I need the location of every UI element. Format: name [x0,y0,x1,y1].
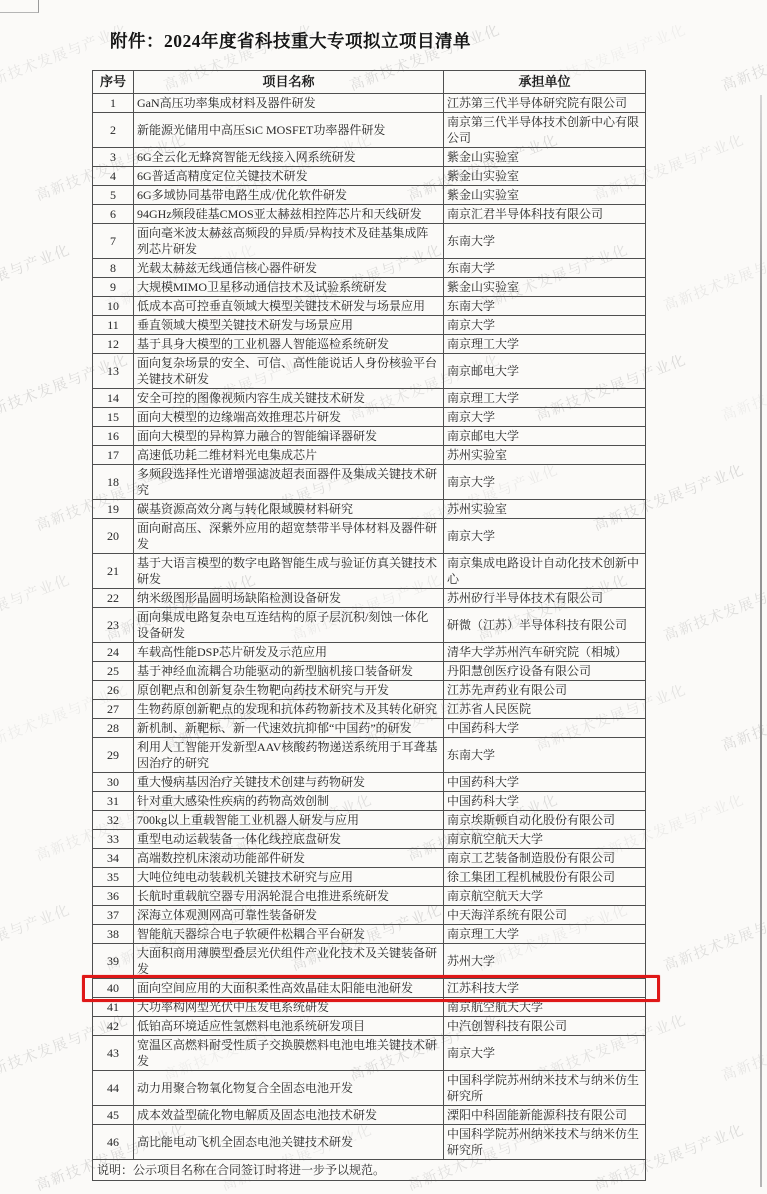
table-row: 9大规模MIMO卫星移动通信技术及试验系统研发紫金山实验室 [93,278,646,297]
project-name: 利用人工智能开发新型AAV核酸药物递送系统用于耳聋基因治疗的研究 [134,738,444,773]
row-number: 45 [93,1106,134,1125]
undertaking-unit: 苏州矽行半导体技术有限公司 [444,589,646,608]
table-row: 31针对重大感染性疾病的药物高效创制中国药科大学 [93,792,646,811]
row-number: 17 [93,446,134,465]
row-number: 40 [93,979,134,998]
project-name: 基于神经血流耦合功能驱动的新型脑机接口装备研发 [134,662,444,681]
note-text: 说明：公示项目名称在合同签订时将进一步予以规范。 [93,1160,646,1181]
table-row: 25基于神经血流耦合功能驱动的新型脑机接口装备研发丹阳慧创医疗设备有限公司 [93,662,646,681]
row-number: 12 [93,335,134,354]
table-row: 1GaN高压功率集成材料及器件研发江苏第三代半导体研究院有限公司 [93,94,646,113]
row-number: 37 [93,906,134,925]
project-name: 大吨位纯电动装载机关键技术研究与应用 [134,868,444,887]
row-number: 10 [93,297,134,316]
project-name: 重大慢病基因治疗关键技术创建与药物研发 [134,773,444,792]
undertaking-unit: 南京理工大学 [444,389,646,408]
row-number: 3 [93,148,134,167]
undertaking-unit: 丹阳慧创医疗设备有限公司 [444,662,646,681]
table-row: 36G全云化无蜂窝智能无线接入网系统研发紫金山实验室 [93,148,646,167]
undertaking-unit: 江苏第三代半导体研究院有限公司 [444,94,646,113]
project-name: 重型电动运载装备一体化线控底盘研发 [134,830,444,849]
table-body: 1GaN高压功率集成材料及器件研发江苏第三代半导体研究院有限公司2新能源光储用中… [93,94,646,1181]
page-edge-line [760,95,762,1187]
row-number: 35 [93,868,134,887]
undertaking-unit: 紫金山实验室 [444,167,646,186]
undertaking-unit: 南京工艺装备制造股份有限公司 [444,849,646,868]
table-row: 29利用人工智能开发新型AAV核酸药物递送系统用于耳聋基因治疗的研究东南大学 [93,738,646,773]
undertaking-unit: 南京埃斯顿自动化股份有限公司 [444,811,646,830]
corner-mark [0,0,39,13]
row-number: 15 [93,408,134,427]
table-row: 40面向空间应用的大面积柔性高效晶硅太阳能电池研发江苏科技大学 [93,979,646,998]
project-name: 6G全云化无蜂窝智能无线接入网系统研发 [134,148,444,167]
project-name: 基于大语言模型的数字电路智能生成与验证仿真关键技术研发 [134,554,444,589]
undertaking-unit: 南京第三代半导体技术创新中心有限公司 [444,113,646,148]
project-name: 原创靶点和创新复杂生物靶向药技术研究与开发 [134,681,444,700]
project-name: 面向大模型的边缘端高效推理芯片研发 [134,408,444,427]
undertaking-unit: 南京航空航天大学 [444,998,646,1017]
project-name: 高速低功耗二维材料光电集成芯片 [134,446,444,465]
watermark-text: 高新技术发展与产业化 [0,238,73,315]
row-number: 16 [93,427,134,446]
page-title: 附件：2024年度省科技重大专项拟立项目清单 [110,28,471,53]
undertaking-unit: 中国科学院苏州纳米技术与纳米仿生研究所 [444,1125,646,1160]
project-name: 安全可控的图像视频内容生成关键技术研发 [134,389,444,408]
project-name: 针对重大感染性疾病的药物高效创制 [134,792,444,811]
table-row: 12基于具身大模型的工业机器人智能巡检系统研发南京理工大学 [93,335,646,354]
undertaking-unit: 南京汇君半导体科技有限公司 [444,205,646,224]
table-row: 26原创靶点和创新复杂生物靶向药技术研究与开发江苏先声药业有限公司 [93,681,646,700]
project-name: 动力用聚合物氧化物复合全固态电池开发 [134,1071,444,1106]
table-row: 34高端数控机床滚动功能部件研发南京工艺装备制造股份有限公司 [93,849,646,868]
project-name: 新机制、新靶标、新一代速效抗抑郁“中国药”的研发 [134,719,444,738]
table-row: 46G普适高精度定位关键技术研发紫金山实验室 [93,167,646,186]
row-number: 23 [93,608,134,643]
table-row: 30重大慢病基因治疗关键技术创建与药物研发中国药科大学 [93,773,646,792]
row-number: 1 [93,94,134,113]
project-name: 高比能电动飞机全固态电池关键技术研发 [134,1125,444,1160]
undertaking-unit: 东南大学 [444,259,646,278]
row-number: 36 [93,887,134,906]
undertaking-unit: 江苏省人民医院 [444,700,646,719]
project-name: 面向毫米波太赫兹高频段的异质/异构技术及硅基集成阵列芯片研发 [134,224,444,259]
table-row: 35大吨位纯电动装载机关键技术研究与应用徐工集团工程机械股份有限公司 [93,868,646,887]
table-row: 13面向复杂场景的安全、可信、高性能说话人身份核验平台关键技术研发南京邮电大学 [93,354,646,389]
undertaking-unit: 研微（江苏）半导体科技有限公司 [444,608,646,643]
watermark-text: 高新技术发展与产业化 [718,18,767,95]
undertaking-unit: 南京理工大学 [444,335,646,354]
table-row: 20面向耐高压、深紫外应用的超宽禁带半导体材料及器件研发南京大学 [93,519,646,554]
row-number: 6 [93,205,134,224]
project-name: 光载太赫兹无线通信核心器件研发 [134,259,444,278]
row-number: 20 [93,519,134,554]
row-number: 41 [93,998,134,1017]
table-row: 14安全可控的图像视频内容生成关键技术研发南京理工大学 [93,389,646,408]
row-number: 33 [93,830,134,849]
row-number: 4 [93,167,134,186]
project-name: 94GHz频段硅基CMOS亚太赫兹相控阵芯片和天线研发 [134,205,444,224]
undertaking-unit: 南京大学 [444,1036,646,1071]
project-name: 6G多域协同基带电路生成/优化软件研发 [134,186,444,205]
table-row: 46高比能电动飞机全固态电池关键技术研发中国科学院苏州纳米技术与纳米仿生研究所 [93,1125,646,1160]
row-number: 27 [93,700,134,719]
undertaking-unit: 中国科学院苏州纳米技术与纳米仿生研究所 [444,1071,646,1106]
table-row: 7面向毫米波太赫兹高频段的异质/异构技术及硅基集成阵列芯片研发东南大学 [93,224,646,259]
undertaking-unit: 南京集成电路设计自动化技术创新中心 [444,554,646,589]
project-name: 面向复杂场景的安全、可信、高性能说话人身份核验平台关键技术研发 [134,354,444,389]
table-row: 37深海立体观测网高可靠性装备研发中天海洋系统有限公司 [93,906,646,925]
projects-table: 序号 项目名称 承担单位 1GaN高压功率集成材料及器件研发江苏第三代半导体研究… [92,70,646,1181]
undertaking-unit: 东南大学 [444,738,646,773]
watermark-text: 高新技术发展与产业化 [660,238,767,315]
undertaking-unit: 徐工集团工程机械股份有限公司 [444,868,646,887]
row-number: 30 [93,773,134,792]
row-number: 25 [93,662,134,681]
undertaking-unit: 紫金山实验室 [444,278,646,297]
table-row: 43宽温区高燃料耐受性质子交换膜燃料电池电堆关键技术研发南京大学 [93,1036,646,1071]
table-row: 17高速低功耗二维材料光电集成芯片苏州实验室 [93,446,646,465]
undertaking-unit: 苏州大学 [444,944,646,979]
row-number: 46 [93,1125,134,1160]
row-number: 18 [93,465,134,500]
row-number: 26 [93,681,134,700]
table-row: 45成本效益型硫化物电解质及固态电池技术研发溧阳中科固能新能源科技有限公司 [93,1106,646,1125]
undertaking-unit: 南京大学 [444,519,646,554]
row-number: 14 [93,389,134,408]
project-name: 生物药原创新靶点的发现和抗体药物新技术及其转化研究 [134,700,444,719]
row-number: 5 [93,186,134,205]
table-row: 15面向大模型的边缘端高效推理芯片研发南京大学 [93,408,646,427]
project-name: 碳基资源高效分离与转化限域膜材料研究 [134,500,444,519]
project-name: 面向空间应用的大面积柔性高效晶硅太阳能电池研发 [134,979,444,998]
row-number: 44 [93,1071,134,1106]
project-name: 长航时重载航空器专用涡轮混合电推进系统研发 [134,887,444,906]
undertaking-unit: 紫金山实验室 [444,186,646,205]
table-row: 38智能航天器综合电子软硬件松耦合平台研发南京理工大学 [93,925,646,944]
table-row: 32700kg以上重载智能工业机器人研发与应用南京埃斯顿自动化股份有限公司 [93,811,646,830]
table-row: 24车载高性能DSP芯片研发及示范应用清华大学苏州汽车研究院（相城） [93,643,646,662]
table-row: 8光载太赫兹无线通信核心器件研发东南大学 [93,259,646,278]
undertaking-unit: 江苏科技大学 [444,979,646,998]
project-name: 高端数控机床滚动功能部件研发 [134,849,444,868]
undertaking-unit: 溧阳中科固能新能源科技有限公司 [444,1106,646,1125]
table-row: 23面向集成电路复杂电互连结构的原子层沉积/刻蚀一体化设备研发研微（江苏）半导体… [93,608,646,643]
project-name: 纳米级图形晶圆明场缺陷检测设备研发 [134,589,444,608]
header-project-name: 项目名称 [134,71,444,94]
project-name: 基于具身大模型的工业机器人智能巡检系统研发 [134,335,444,354]
undertaking-unit: 中天海洋系统有限公司 [444,906,646,925]
table-row: 42低铂高环境适应性氢燃料电池系统研发项目中汽创智科技有限公司 [93,1017,646,1036]
table-row: 2新能源光储用中高压SiC MOSFET功率器件研发南京第三代半导体技术创新中心… [93,113,646,148]
header-unit: 承担单位 [444,71,646,94]
note-row: 说明：公示项目名称在合同签订时将进一步予以规范。 [93,1160,646,1181]
row-number: 24 [93,643,134,662]
undertaking-unit: 清华大学苏州汽车研究院（相城） [444,643,646,662]
header-no: 序号 [93,71,134,94]
row-number: 11 [93,316,134,335]
row-number: 21 [93,554,134,589]
project-name: GaN高压功率集成材料及器件研发 [134,94,444,113]
project-name: 多频段选择性光谱增强滤波超表面器件及集成关键技术研究 [134,465,444,500]
undertaking-unit: 东南大学 [444,297,646,316]
undertaking-unit: 南京邮电大学 [444,354,646,389]
watermark-text: 高新技术发展与产业化 [660,568,767,645]
watermark-text: 高新技术发展与产业化 [0,568,73,645]
row-number: 28 [93,719,134,738]
table-row: 33重型电动运载装备一体化线控底盘研发南京航空航天大学 [93,830,646,849]
table-row: 21基于大语言模型的数字电路智能生成与验证仿真关键技术研发南京集成电路设计自动化… [93,554,646,589]
project-name: 大面积商用薄膜型叠层光伏组件产业化技术及关键装备研发 [134,944,444,979]
undertaking-unit: 南京理工大学 [444,925,646,944]
project-name: 6G普适高精度定位关键技术研发 [134,167,444,186]
table-row: 11垂直领域大模型关键技术研发与场景应用南京大学 [93,316,646,335]
row-number: 32 [93,811,134,830]
table-row: 694GHz频段硅基CMOS亚太赫兹相控阵芯片和天线研发南京汇君半导体科技有限公… [93,205,646,224]
row-number: 7 [93,224,134,259]
project-name: 垂直领域大模型关键技术研发与场景应用 [134,316,444,335]
undertaking-unit: 紫金山实验室 [444,148,646,167]
row-number: 22 [93,589,134,608]
row-number: 29 [93,738,134,773]
row-number: 34 [93,849,134,868]
project-name: 低铂高环境适应性氢燃料电池系统研发项目 [134,1017,444,1036]
table-row: 27生物药原创新靶点的发现和抗体药物新技术及其转化研究江苏省人民医院 [93,700,646,719]
table-row: 41大功率构网型光伏中压发电系统研发南京航空航天大学 [93,998,646,1017]
undertaking-unit: 南京航空航天大学 [444,830,646,849]
row-number: 43 [93,1036,134,1071]
undertaking-unit: 南京大学 [444,465,646,500]
row-number: 38 [93,925,134,944]
table-row: 22纳米级图形晶圆明场缺陷检测设备研发苏州矽行半导体技术有限公司 [93,589,646,608]
table-row: 16面向大模型的异构算力融合的智能编译器研发南京邮电大学 [93,427,646,446]
undertaking-unit: 东南大学 [444,224,646,259]
table-row: 56G多域协同基带电路生成/优化软件研发紫金山实验室 [93,186,646,205]
row-number: 39 [93,944,134,979]
project-name: 宽温区高燃料耐受性质子交换膜燃料电池电堆关键技术研发 [134,1036,444,1071]
row-number: 9 [93,278,134,297]
undertaking-unit: 中国药科大学 [444,792,646,811]
row-number: 42 [93,1017,134,1036]
undertaking-unit: 南京大学 [444,408,646,427]
project-name: 大功率构网型光伏中压发电系统研发 [134,998,444,1017]
project-name: 大规模MIMO卫星移动通信技术及试验系统研发 [134,278,444,297]
table-row: 44动力用聚合物氧化物复合全固态电池开发中国科学院苏州纳米技术与纳米仿生研究所 [93,1071,646,1106]
project-name: 智能航天器综合电子软硬件松耦合平台研发 [134,925,444,944]
project-name: 新能源光储用中高压SiC MOSFET功率器件研发 [134,113,444,148]
project-name: 低成本高可控垂直领域大模型关键技术研发与场景应用 [134,297,444,316]
project-name: 面向大模型的异构算力融合的智能编译器研发 [134,427,444,446]
table-row: 28新机制、新靶标、新一代速效抗抑郁“中国药”的研发中国药科大学 [93,719,646,738]
row-number: 19 [93,500,134,519]
row-number: 13 [93,354,134,389]
row-number: 8 [93,259,134,278]
undertaking-unit: 中国药科大学 [444,719,646,738]
undertaking-unit: 南京邮电大学 [444,427,646,446]
watermark-text: 高新技术发展与产业化 [660,898,767,975]
table-row: 19碳基资源高效分离与转化限域膜材料研究苏州实验室 [93,500,646,519]
row-number: 31 [93,792,134,811]
table-row: 18多频段选择性光谱增强滤波超表面器件及集成关键技术研究南京大学 [93,465,646,500]
row-number: 2 [93,113,134,148]
watermark-text: 高新技术发展与产业化 [0,898,73,975]
project-name: 深海立体观测网高可靠性装备研发 [134,906,444,925]
table-row: 10低成本高可控垂直领域大模型关键技术研发与场景应用东南大学 [93,297,646,316]
project-name: 成本效益型硫化物电解质及固态电池技术研发 [134,1106,444,1125]
undertaking-unit: 中国药科大学 [444,773,646,792]
undertaking-unit: 南京大学 [444,316,646,335]
undertaking-unit: 江苏先声药业有限公司 [444,681,646,700]
project-name: 面向耐高压、深紫外应用的超宽禁带半导体材料及器件研发 [134,519,444,554]
table-header-row: 序号 项目名称 承担单位 [93,71,646,94]
project-name: 车载高性能DSP芯片研发及示范应用 [134,643,444,662]
undertaking-unit: 南京航空航天大学 [444,887,646,906]
table-row: 39大面积商用薄膜型叠层光伏组件产业化技术及关键装备研发苏州大学 [93,944,646,979]
undertaking-unit: 苏州实验室 [444,446,646,465]
undertaking-unit: 中汽创智科技有限公司 [444,1017,646,1036]
project-name: 面向集成电路复杂电互连结构的原子层沉积/刻蚀一体化设备研发 [134,608,444,643]
project-name: 700kg以上重载智能工业机器人研发与应用 [134,811,444,830]
table-row: 36长航时重载航空器专用涡轮混合电推进系统研发南京航空航天大学 [93,887,646,906]
undertaking-unit: 苏州实验室 [444,500,646,519]
document-page: 高新技术发展与产业化高新技术发展与产业化高新技术发展与产业化高新技术发展与产业化… [0,0,767,1194]
